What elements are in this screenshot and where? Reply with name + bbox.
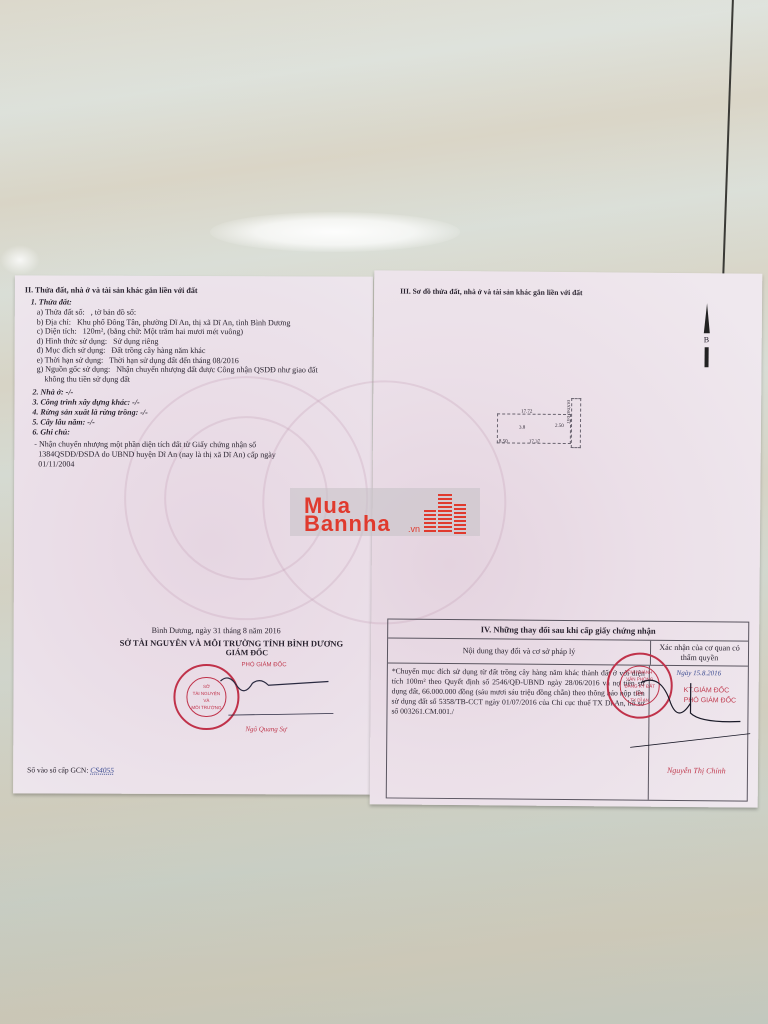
land-item-value: , tờ bản đồ số: xyxy=(89,308,136,317)
plot-dim-inner: 3.8 xyxy=(519,424,525,434)
note-lines: - Nhận chuyển nhượng một phần diện tích … xyxy=(15,275,373,276)
land-item-label: a) Thửa đất số: xyxy=(37,307,85,316)
land-item-value: Thời hạn sử dụng đất đến tháng 08/2016 xyxy=(107,355,239,364)
plot-dim-left: 8.50 xyxy=(499,437,508,447)
confirm-signer: Nguyễn Thị Chính xyxy=(667,766,726,777)
plot-road-label: ĐƯỜNG ĐẤT xyxy=(563,400,573,424)
watermark-logo: Mua Bannha .vn xyxy=(290,488,480,536)
property-item: 2. Nhà ở: -/- xyxy=(32,387,73,397)
land-item-label: b) Địa chỉ: xyxy=(37,317,71,326)
land-item-label: d) Hình thức sử dụng: xyxy=(37,336,107,345)
property-item: 4. Rừng sản xuất là rừng trồng: -/- xyxy=(32,407,147,417)
gcn-label-text: Số vào sổ cấp GCN: xyxy=(27,765,88,774)
gcn-number: CS4055 xyxy=(90,766,114,775)
signature-left xyxy=(218,671,338,721)
land-item-value: Sử dụng riêng xyxy=(111,336,158,345)
land-item-label: đ) Mục đích sử dụng: xyxy=(37,345,106,354)
light-glare xyxy=(210,212,460,252)
land-item-value: Đất trồng cây hàng năm khác xyxy=(109,346,205,355)
director-title: GIÁM ĐỐC xyxy=(226,648,268,658)
land-item: không thu tiền sử dụng đất xyxy=(45,374,130,384)
property-item: 6. Ghi chú: xyxy=(32,427,70,437)
watermark-line2: Bannha xyxy=(304,514,391,534)
stamp-text: TÀI NGUYÊN xyxy=(193,690,221,697)
land-item-label: g) Nguồn gốc sử dụng: xyxy=(37,364,111,373)
land-item-value: không thu tiền sử dụng đất xyxy=(45,374,130,383)
stamp-text: SỞ xyxy=(203,683,210,690)
changes-col-content: Nội dung thay đổi và cơ sở pháp lý xyxy=(388,638,651,664)
floor-tile-seam xyxy=(722,0,734,280)
north-label: B xyxy=(704,335,709,345)
land-item-value: Nhận chuyển nhượng đất được Công nhận QS… xyxy=(114,365,317,375)
land-item-value: 120m², (bằng chữ: Một trăm hai mươi mét … xyxy=(81,327,243,337)
watermark-suffix: .vn xyxy=(408,524,420,534)
land-heading: 1. Thửa đất: xyxy=(31,297,72,307)
issuing-agency: SỞ TÀI NGUYÊN VÀ MÔI TRƯỜNG TỈNH BÌNH DƯ… xyxy=(120,638,344,649)
certificate-right-page: III. Sơ đồ thửa đất, nhà ở và tài sản kh… xyxy=(370,270,763,807)
land-item-value: Khu phố Đông Tân, phường Dĩ An, thị xã D… xyxy=(75,317,290,327)
changes-col-confirm: Xác nhận của cơ quan có thẩm quyền xyxy=(651,641,748,666)
section-iii-title: III. Sơ đồ thửa đất, nhà ở và tài sản kh… xyxy=(400,287,583,299)
stamp-text: VÀ xyxy=(203,697,209,704)
land-items: a) Thửa đất số: , tờ bản đồ số:b) Địa ch… xyxy=(15,275,373,276)
section-ii-title: II. Thửa đất, nhà ở và tài sản khác gắn … xyxy=(25,285,198,296)
property-item: 5. Cây lâu năm: -/- xyxy=(32,417,94,427)
signature-right xyxy=(630,673,751,754)
other-items: 2. Nhà ở: -/-3. Công trình xây dựng khác… xyxy=(15,275,373,276)
north-arrow-icon: B xyxy=(374,270,762,273)
land-plot-diagram: 17.72 17.37 8.50 3.8 2.50 ĐƯỜNG ĐẤT xyxy=(493,407,583,448)
gcn-label: Số vào sổ cấp GCN: CS4055 xyxy=(27,765,114,775)
light-glare-small xyxy=(0,245,40,275)
land-item-label: c) Diện tích: xyxy=(37,326,77,335)
plot-dim-bottom: 17.37 xyxy=(529,438,540,448)
deputy-title: PHÓ GIÁM ĐỐC xyxy=(242,660,287,670)
signer-name-left: Ngô Quang Sự xyxy=(245,724,287,734)
issue-date: Bình Dương, ngày 31 tháng 8 năm 2016 xyxy=(152,626,281,636)
stamp-text: MÔI TRƯỜNG xyxy=(191,704,221,711)
property-item: 3. Công trình xây dựng khác: -/- xyxy=(32,397,139,407)
land-item-label: e) Thời hạn sử dụng: xyxy=(37,355,104,364)
plot-dim-top: 17.72 xyxy=(521,408,532,418)
note-line: 01/11/2004 xyxy=(38,459,74,469)
